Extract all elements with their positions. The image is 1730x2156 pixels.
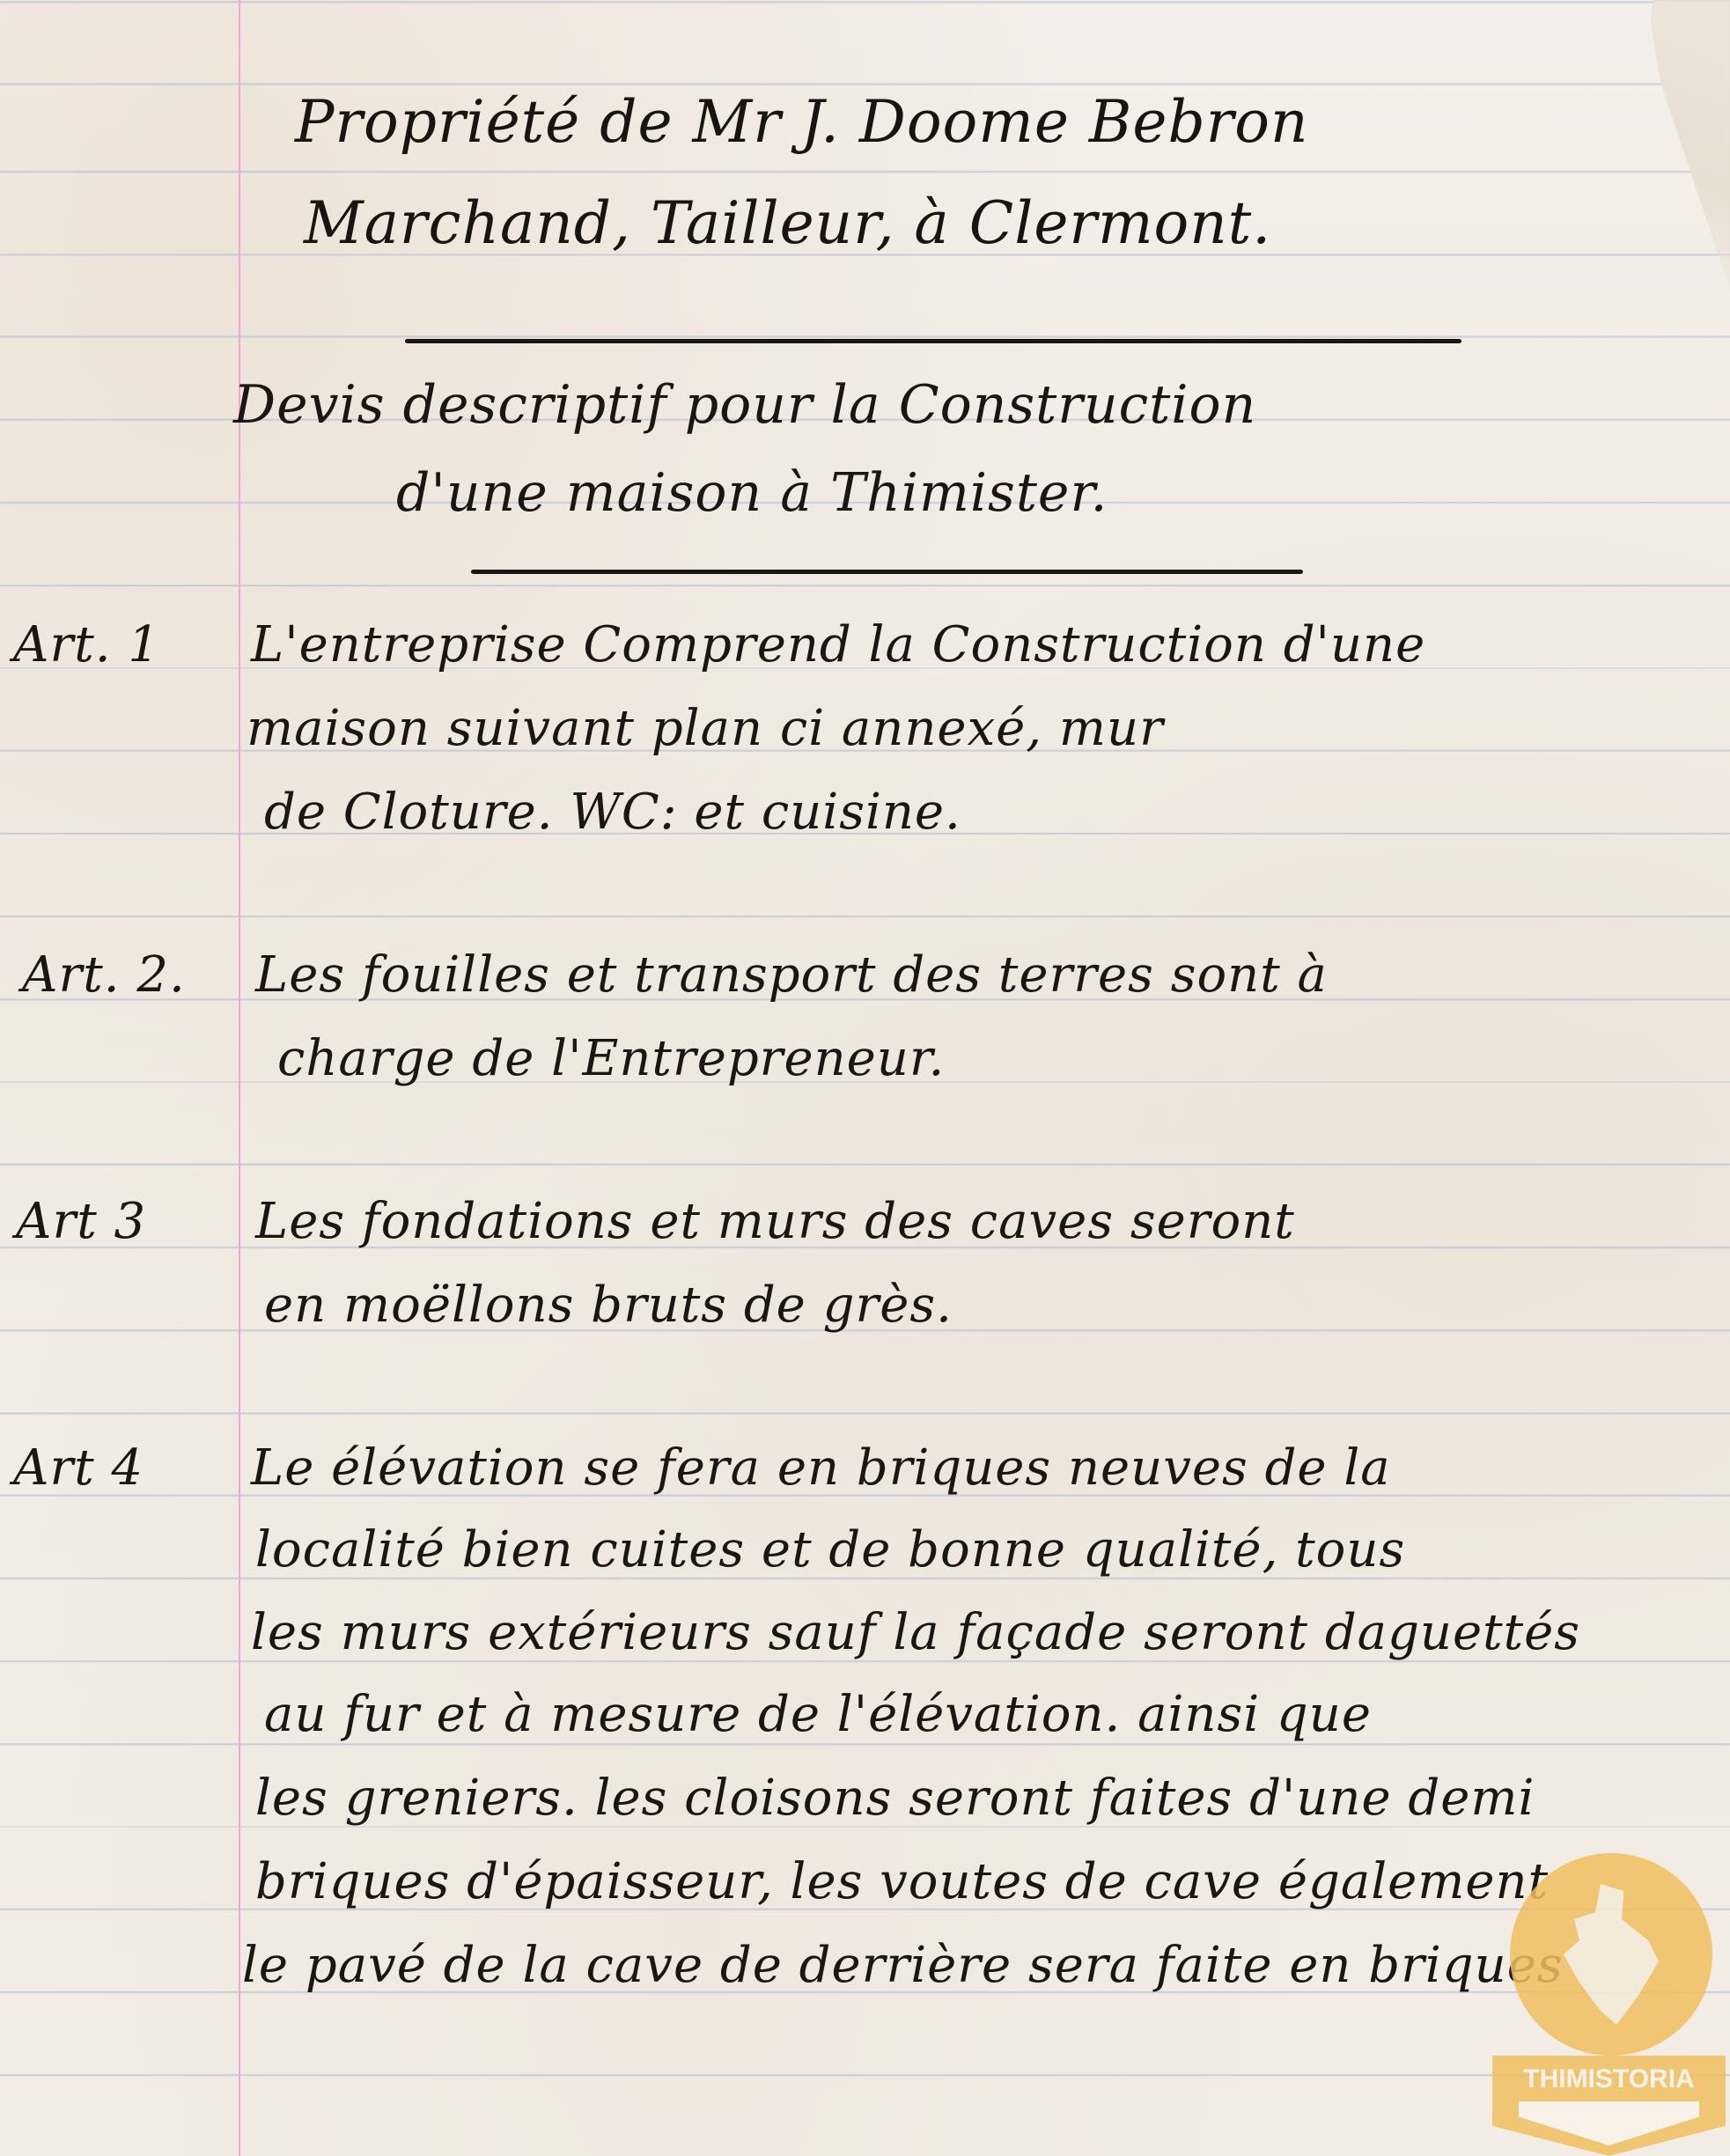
article-line: L'entreprise Comprend la Construction d'…	[251, 616, 1425, 673]
document-title-line1: Devis descriptif pour la Construction	[233, 374, 1256, 436]
article-line: les greniers. les cloisons seront faites…	[255, 1770, 1535, 1827]
article-label: Art 4	[13, 1439, 144, 1497]
article-line: le pavé de la cave de derrière sera fait…	[242, 1937, 1564, 1994]
article-line: en moëllons bruts de grès.	[264, 1277, 953, 1334]
document-title-line2: d'une maison à Thimister.	[396, 462, 1108, 524]
article-line: charge de l'Entrepreneur.	[277, 1030, 945, 1087]
article-label: Art. 2.	[22, 946, 186, 1004]
article-line: briques d'épaisseur, les voutes de cave …	[255, 1853, 1549, 1910]
thimistoria-logo: THIMISTORIA	[1492, 1853, 1726, 2156]
article-line: Le élévation se fera en briques neuves d…	[251, 1439, 1391, 1497]
article-line: maison suivant plan ci annexé, mur	[247, 700, 1164, 757]
header-divider	[405, 339, 1461, 343]
logo-text: THIMISTORIA	[1492, 2064, 1726, 2094]
article-line: Les fouilles et transport des terres son…	[255, 946, 1328, 1004]
header-profession: Marchand, Tailleur, à Clermont.	[304, 189, 1271, 257]
margin-line	[239, 0, 240, 2156]
header-owner: Propriété de Mr J. Doome Bebron	[295, 88, 1309, 156]
article-line: les murs extérieurs sauf la façade seron…	[251, 1604, 1580, 1661]
article-line: de Cloture. WC: et cuisine.	[264, 784, 961, 841]
article-label: Art 3	[16, 1193, 146, 1250]
article-line: Les fondations et murs des caves seront	[255, 1193, 1295, 1250]
article-line: au fur et à mesure de l'élévation. ainsi…	[264, 1686, 1372, 1743]
title-divider	[471, 570, 1303, 574]
article-label: Art. 1	[13, 616, 160, 673]
article-line: localité bien cuites et de bonne qualité…	[255, 1521, 1405, 1578]
